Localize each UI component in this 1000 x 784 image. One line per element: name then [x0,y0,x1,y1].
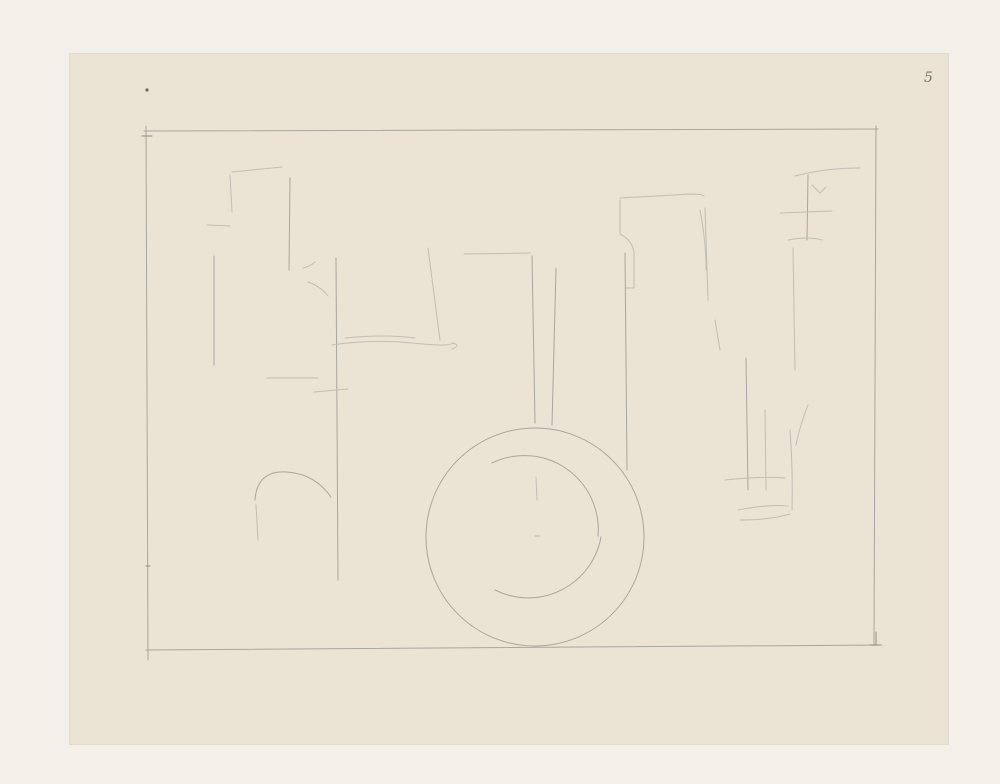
center-columns [464,234,634,470]
arch [255,472,331,500]
frame-border [142,126,882,660]
right-structure [620,168,860,520]
left-columns [207,167,457,580]
pencil-sketch [0,0,1000,784]
page-number: 5 [924,70,933,86]
circle-motif [426,428,644,646]
ink-dot [145,88,148,91]
